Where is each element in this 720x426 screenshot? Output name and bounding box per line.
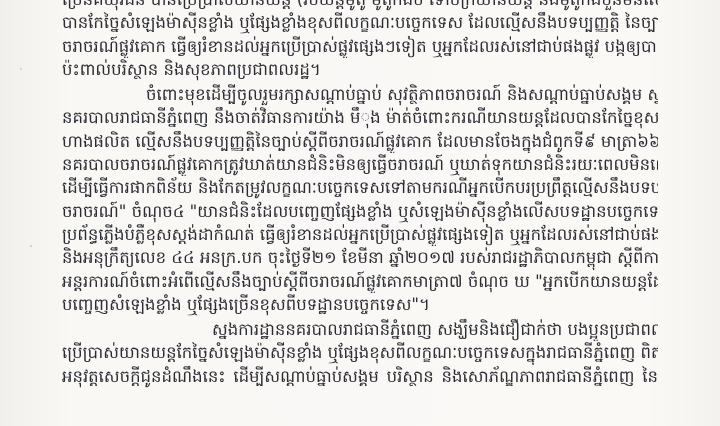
text-line: អន្តរការណ៍ចំពោះអំពើល្មើសនឹងច្បាប់ស្តីពីច… — [62, 270, 658, 293]
text-line: ដើម្បីធ្វើការផាកពិន័យ និងកែតម្រូវលក្ខណៈប… — [62, 176, 658, 199]
text-line: ចំពោះមុខដើម្បីចូលរួមរក្សាសណ្តាប់ធ្នាប់ ស… — [62, 83, 658, 106]
text-line: នគរបាលចរាចរណ៍ផ្លូវគោកត្រូវឃាត់យានជំនិះមិ… — [62, 153, 658, 176]
text-line: ចរាចរណ៍" ចំណុច៤ "យានជំនិះដែលបញ្ចេញផ្សែងខ… — [62, 200, 658, 223]
scan-speck — [30, 245, 32, 247]
text-line: ស្នងការដ្ឋាននគរបាលរាជធានីភ្នំពេញ សង្ឃឹមន… — [62, 318, 658, 341]
scanned-document-page: ច្រើនគឺយុវជន បានប្រើប្រាស់យានយន្ត (រថយន្… — [0, 0, 720, 426]
text-line: បញ្ចេញសំឡេងខ្លាំង ឬផ្សែងច្រើនខុសពីបទដ្ឋា… — [62, 293, 658, 316]
text-line: ប៉ះពាល់បរិស្ថាន និងសុខភាពប្រជាពលរដ្ឋ។ — [62, 58, 658, 81]
paragraph-appeal: ស្នងការដ្ឋាននគរបាលរាជធានីភ្នំពេញ សង្ឃឹមន… — [62, 318, 658, 388]
text-line: និងអនុក្រឹត្យលេខ ៤៤ អនក្រ.បក ចុះថ្ងៃទី២១… — [62, 246, 658, 269]
scan-speck — [20, 68, 22, 70]
text-line: ចរាចរណ៍ផ្លូវគោក ធ្វើឲ្យរំខានដល់អ្នកប្រើប… — [62, 35, 658, 58]
text-line: ប្រព័ន្ធភ្លើងបំភ្លឺខុសស្តង់ដាកំណត់ ធ្វើឲ… — [62, 223, 658, 246]
paragraph-enforcement: ចំពោះមុខដើម្បីចូលរួមរក្សាសណ្តាប់ធ្នាប់ ស… — [62, 83, 658, 316]
text-line: ច្រើនគឺយុវជន បានប្រើប្រាស់យានយន្ត (រថយន្… — [62, 0, 658, 11]
text-line: អនុវត្តសេចក្តីជូនដំណឹងនេះ ដើម្បីសណ្តាប់ធ… — [62, 365, 658, 388]
text-line: បានកែច្នៃសំឡេងម៉ាស៊ីនខ្លាំង ឬផ្សែងខ្លាំង… — [62, 11, 658, 34]
paragraph-intro-continued: ច្រើនគឺយុវជន បានប្រើប្រាស់យានយន្ត (រថយន្… — [62, 0, 658, 81]
text-line: ប្រើប្រាស់យានយន្តកែច្នៃសំឡេងម៉ាស៊ីនខ្លាំ… — [62, 341, 658, 364]
text-line: ហាងផលិត ល្មើសនឹងបទប្បញ្ញត្តិនៃច្បាប់ស្តី… — [62, 130, 658, 153]
document-body: ច្រើនគឺយុវជន បានប្រើប្រាស់យានយន្ត (រថយន្… — [62, 0, 658, 388]
text-line: នគរបាលរាជធានីភ្នំពេញ នឹងចាត់វិធានការយ៉ាង… — [62, 106, 658, 129]
